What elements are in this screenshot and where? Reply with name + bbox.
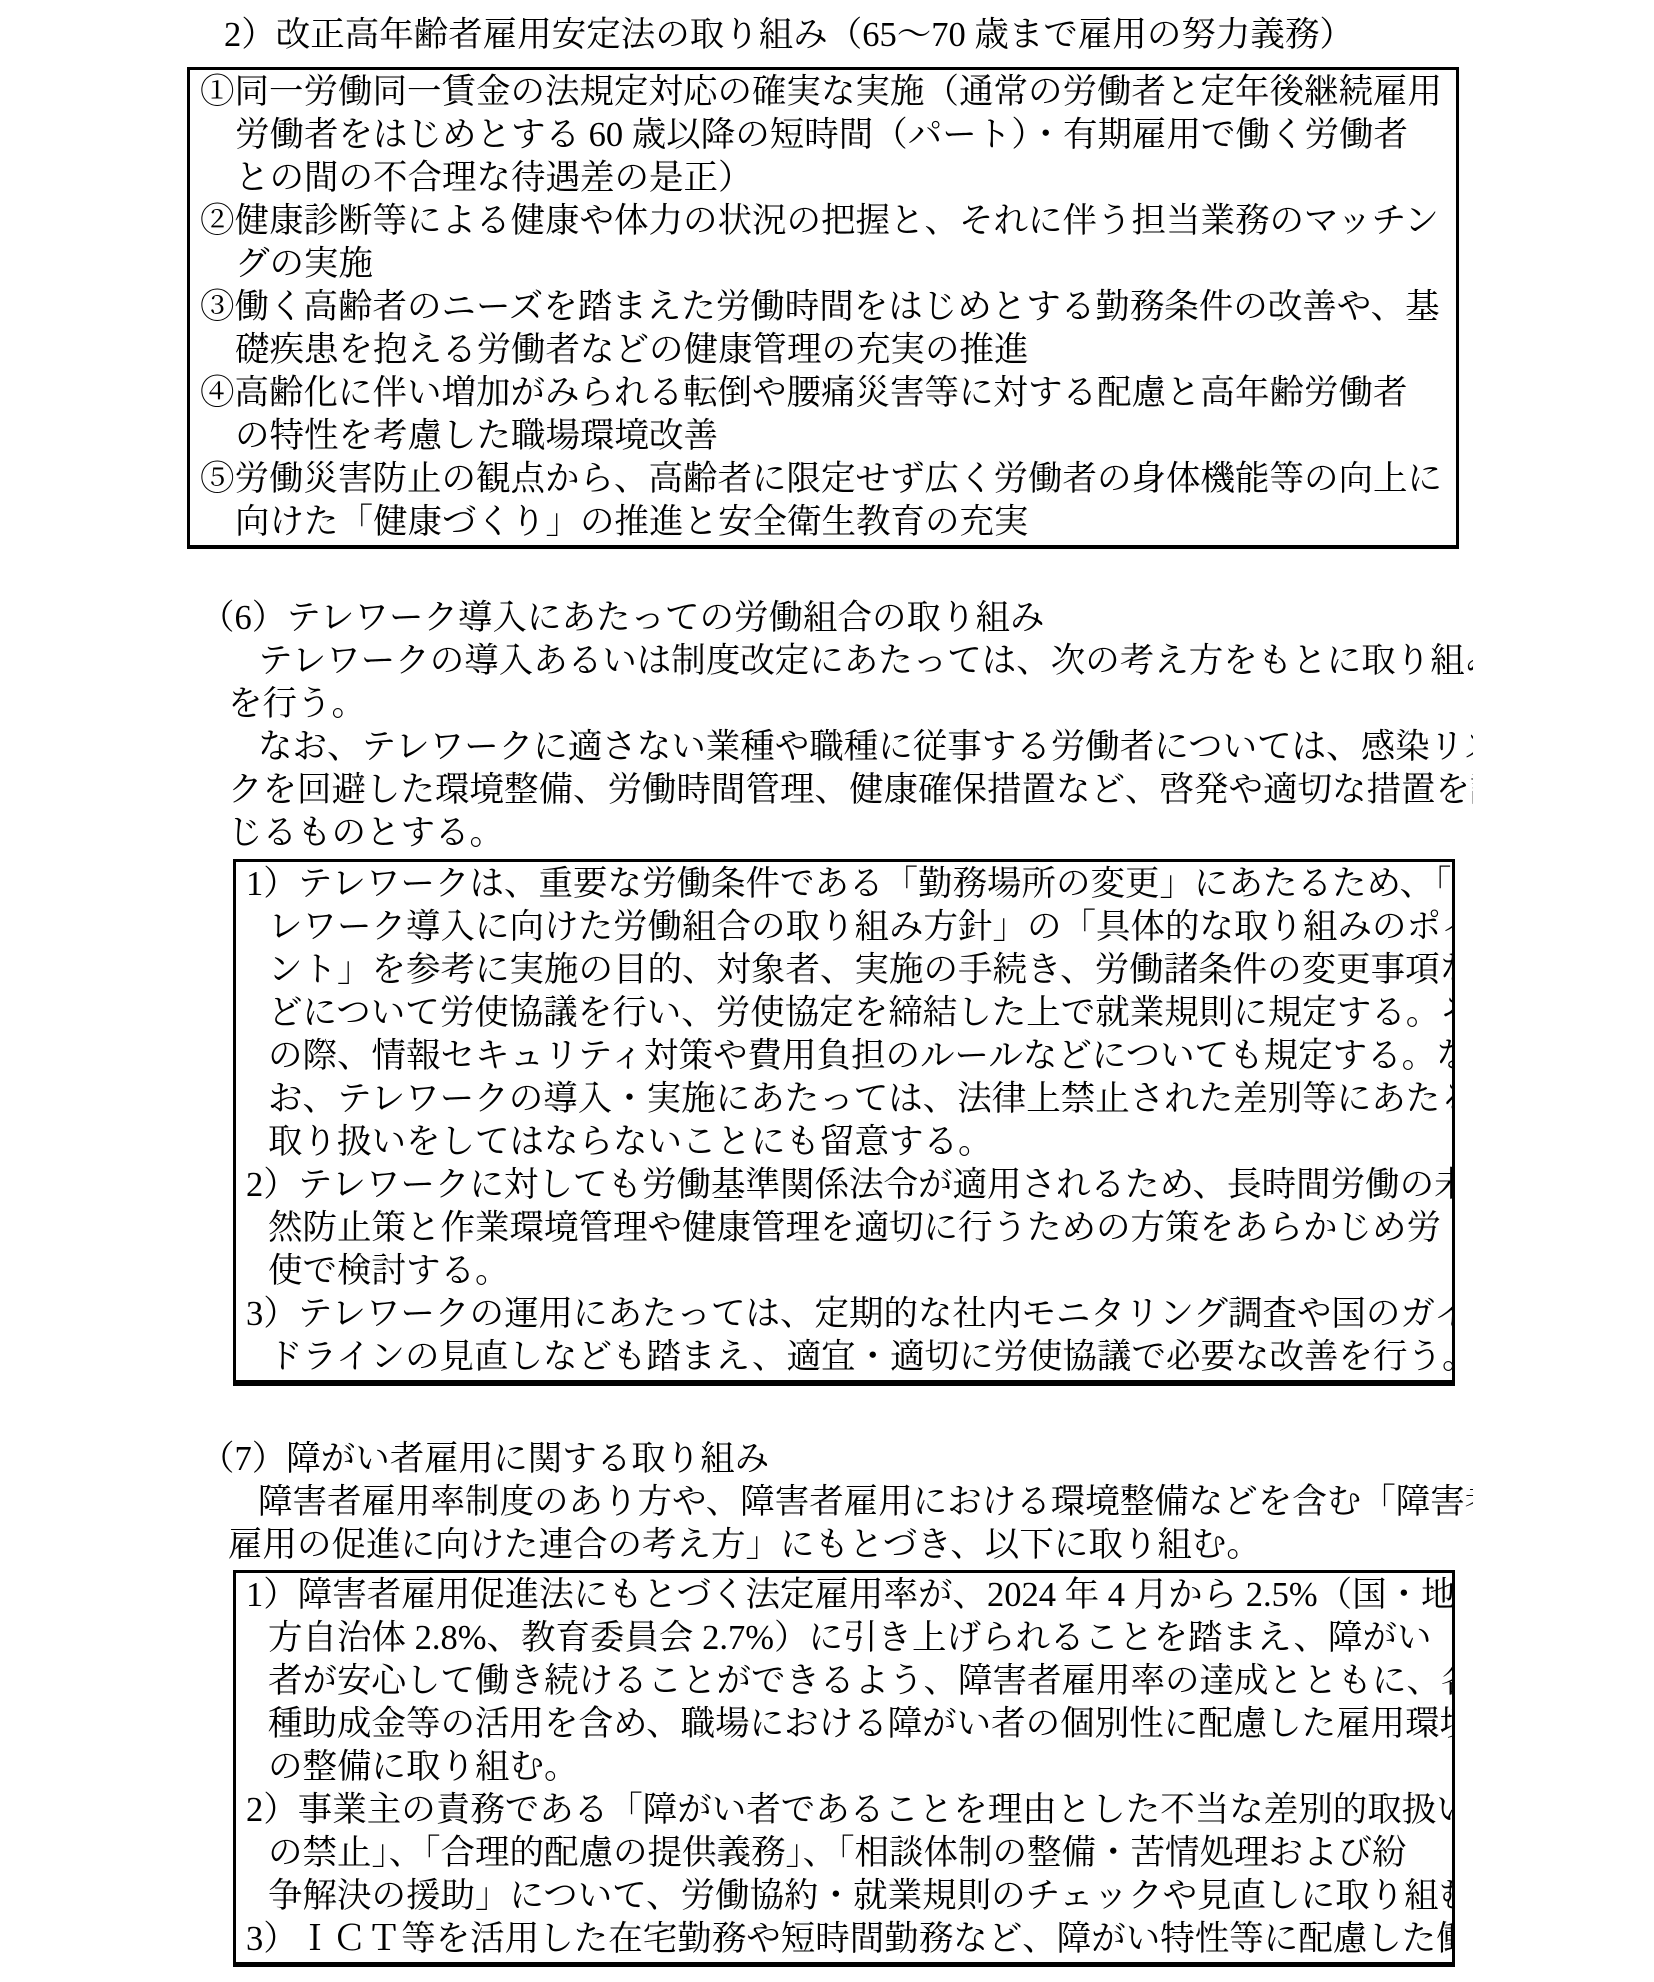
disability-paragraph-1: 障害者雇用率制度のあり方や、障害者雇用における環境整備などを含む「障害者 雇用の…	[228, 1481, 1473, 1567]
telework-paragraph-1: テレワークの導入あるいは制度改定にあたっては、次の考え方をもとに取り組み を行う…	[228, 640, 1473, 726]
document-page: 2）改正高年齢者雇用安定法の取り組み（65～70 歳まで雇用の努力義務） ①同一…	[0, 0, 1654, 1982]
circled-item-1: ①同一労働同一賃金の法規定対応の確実な実施（通常の労働者と定年後継続雇用 労働者…	[200, 71, 1452, 200]
telework-paragraph-2: なお、テレワークに適さない業種や職種に従事する労働者については、感染リス クを回…	[228, 726, 1473, 855]
telework-measures-box: 1）テレワークは、重要な労働条件である「勤務場所の変更」にあたるため、「テ レワ…	[233, 859, 1455, 1386]
circled-item-3: ③働く高齢者のニーズを踏まえた労働時間をはじめとする勤務条件の改善や、基 礎疾患…	[200, 286, 1452, 372]
elderly-employment-box: ①同一労働同一賃金の法規定対応の確実な実施（通常の労働者と定年後継続雇用 労働者…	[187, 67, 1459, 549]
disability-item-2: 2）事業主の責務である「障がい者であることを理由とした不当な差別的取扱い の禁止…	[246, 1789, 1448, 1918]
disability-measures-box: 1）障害者雇用促進法にもとづく法定雇用率が、2024 年 4 月から 2.5%（…	[233, 1570, 1455, 1967]
disability-item-3: 3）ＩＣＴ等を活用した在宅勤務や短時間勤務など、障がい特性等に配慮した働	[246, 1918, 1448, 1961]
telework-item-1: 1）テレワークは、重要な労働条件である「勤務場所の変更」にあたるため、「テ レワ…	[246, 863, 1448, 1164]
circled-item-4: ④高齢化に伴い増加がみられる転倒や腰痛災害等に対する配慮と高年齢労働者 の特性を…	[200, 372, 1452, 458]
disability-item-1: 1）障害者雇用促進法にもとづく法定雇用率が、2024 年 4 月から 2.5%（…	[246, 1574, 1448, 1789]
telework-item-3: 3）テレワークの運用にあたっては、定期的な社内モニタリング調査や国のガイ ドライ…	[246, 1293, 1448, 1379]
section-heading-elderly-employment: 2）改正高年齢者雇用安定法の取り組み（65～70 歳まで雇用の努力義務）	[224, 14, 1654, 57]
circled-item-2: ②健康診断等による健康や体力の状況の把握と、それに伴う担当業務のマッチン グの実…	[200, 200, 1452, 286]
section-heading-telework: （6）テレワーク導入にあたっての労働組合の取り組み	[200, 597, 1654, 640]
circled-item-5: ⑤労働災害防止の観点から、高齢者に限定せず広く労働者の身体機能等の向上に 向けた…	[200, 458, 1452, 544]
telework-item-2: 2）テレワークに対しても労働基準関係法令が適用されるため、長時間労働の未 然防止…	[246, 1164, 1448, 1293]
section-heading-disability: （7）障がい者雇用に関する取り組み	[200, 1438, 1654, 1481]
